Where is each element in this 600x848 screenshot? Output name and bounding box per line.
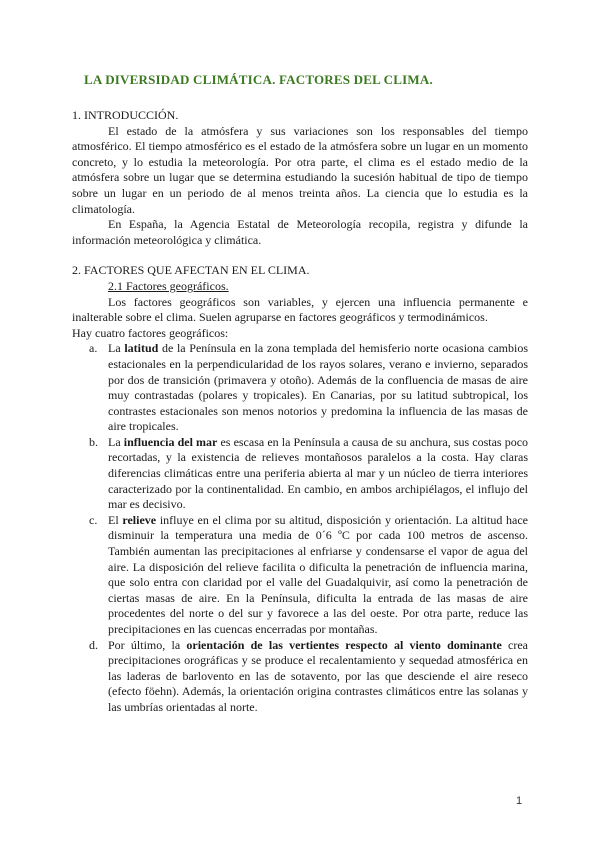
list-item: d. Por último, la orientación de las ver… <box>72 638 528 716</box>
list-marker: a. <box>89 341 97 357</box>
document-title: LA DIVERSIDAD CLIMÁTICA. FACTORES DEL CL… <box>84 72 433 88</box>
bold-term: influencia del mar <box>124 435 218 449</box>
factor-list: a. La latitud de la Península en la zona… <box>72 341 528 715</box>
bold-term: orientación de las vertientes respecto a… <box>186 638 501 652</box>
section-heading-factores: 2. FACTORES QUE AFECTAN EN EL CLIMA. <box>72 263 528 279</box>
paragraph: El estado de la atmósfera y sus variacio… <box>72 124 528 218</box>
bold-term: latitud <box>124 341 158 355</box>
list-marker: d. <box>89 638 98 654</box>
bold-term: relieve <box>122 513 156 527</box>
document-body: 1. INTRODUCCIÓN. El estado de la atmósfe… <box>72 108 528 716</box>
page-number: 1 <box>516 795 522 807</box>
paragraph: Los factores geográficos son variables, … <box>72 295 528 326</box>
list-marker: c. <box>89 513 97 529</box>
list-marker: b. <box>89 435 98 451</box>
section-heading-introduccion: 1. INTRODUCCIÓN. <box>72 108 528 124</box>
list-item: b. La influencia del mar es escasa en la… <box>72 435 528 513</box>
list-lead: Hay cuatro factores geográficos: <box>72 326 528 342</box>
paragraph: En España, la Agencia Estatal de Meteoro… <box>72 217 528 248</box>
list-item: c. El relieve influye en el clima por su… <box>72 513 528 638</box>
list-item: a. La latitud de la Península en la zona… <box>72 341 528 435</box>
subsection-heading: 2.1 Factores geográficos. <box>108 279 528 295</box>
